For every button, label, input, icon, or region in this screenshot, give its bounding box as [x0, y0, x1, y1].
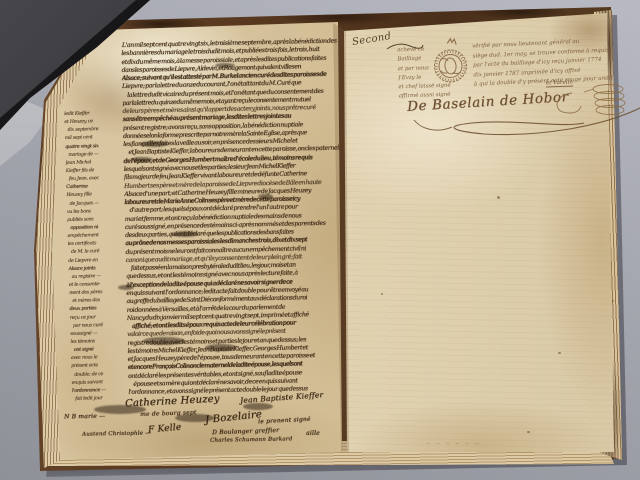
- signature: F Kelle: [148, 423, 182, 436]
- ink-blot: [143, 337, 185, 345]
- photo-of-open-manuscript: L'an mil sept cent quatre vingt six, le …: [0, 0, 640, 480]
- fox-spot: [612, 300, 614, 302]
- faded-ghost-writing: ~ ~ ~ ~ ~ ~: [426, 441, 481, 447]
- ink-blot: [140, 141, 168, 147]
- ink-blot: [94, 405, 146, 414]
- verification-note-left-column: achevé ceBailliageet par nousJ'Evzy leet…: [397, 44, 479, 103]
- fox-spot: [558, 352, 561, 354]
- fox-spot: [527, 431, 530, 433]
- fox-spot: [497, 196, 500, 199]
- coil-sketch-icon: [550, 80, 628, 118]
- ink-blot: [205, 344, 237, 351]
- signature: le prenent signé: [258, 416, 311, 426]
- signature: D Boulanger greffier: [212, 427, 279, 436]
- ink-blot: [258, 194, 273, 199]
- signature: aille: [306, 430, 320, 437]
- ink-blot: [172, 231, 198, 237]
- ink-blot: [131, 157, 153, 162]
- ink-blot: [215, 63, 235, 68]
- ink-blot: [243, 403, 273, 410]
- signature: Charles Schumann Burkard: [210, 436, 292, 443]
- ink-blot: [175, 414, 215, 422]
- signature: N B marie —: [64, 413, 105, 421]
- ink-blot: [118, 285, 134, 290]
- signature: Austend Christophle —: [82, 430, 151, 437]
- fox-spot: [381, 293, 383, 295]
